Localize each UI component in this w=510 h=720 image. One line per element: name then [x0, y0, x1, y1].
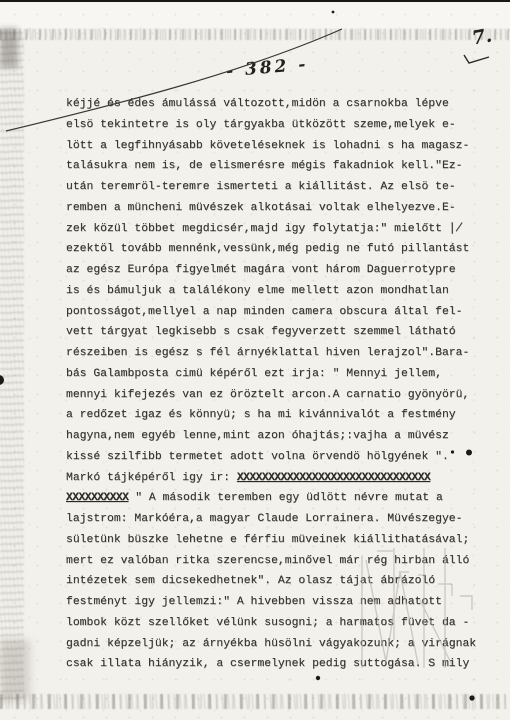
text-segment: talásukra nem is, de elismerésre mégis f…	[66, 160, 462, 172]
text-line: után teremröl-teremre ismerteti a kiálli…	[66, 177, 482, 198]
text-line: festményt igy jellemzi:" A hivebben viss…	[66, 592, 482, 613]
typed-over-strikeout: XXXXXXXXXX	[66, 492, 128, 504]
text-segment: lombok közt szellőket vélünk susogni; a …	[66, 617, 469, 629]
text-segment: mert ez valóban ritka szerencse,minővel …	[66, 555, 469, 567]
text-segment: " A második teremben egy üdlött névre mu…	[128, 492, 442, 504]
scan-blotch-top-left	[0, 28, 18, 68]
text-line: remben a müncheni müvészek alkotásai vol…	[66, 198, 482, 219]
handwritten-page-number: - 382 -	[225, 54, 309, 81]
text-line: Markó tájképéről igy ir: XXXXXXXXXXXXXXX…	[66, 468, 482, 489]
scan-noise-bottom-band	[0, 694, 510, 709]
text-line: gadni képzeljük; az árnyékba hüsölni vág…	[66, 634, 482, 655]
text-line: részeiben is egész s fél árnyéklattal hi…	[66, 343, 482, 364]
text-segment: is és bámuljuk a találékony elme mellett…	[66, 285, 449, 297]
text-line: mert ez valóban ritka szerencse,minővel …	[66, 551, 482, 572]
scanned-typescript-page: 7. - 382 - kéjjé és édes ámulássá változ…	[0, 0, 510, 720]
text-segment: intézetek sem dicsekedhetnek". Az olasz …	[66, 575, 435, 587]
text-line: lajstrom: Markóéra,a magyar Claude Lorra…	[66, 509, 482, 530]
scan-noise-left-edge	[0, 32, 24, 704]
text-line: ezektöl tovább mennénk,vessünk,még pedig…	[66, 239, 482, 260]
text-line: intézetek sem dicsekedhetnek". Az olasz …	[66, 571, 482, 592]
text-segment: csak illata hiányzik, a csermelynek pedi…	[66, 658, 469, 670]
scan-top-margin	[0, 2, 510, 28]
text-line: kissé szilfibb termetet adott volna örve…	[66, 447, 482, 468]
text-line: elsö tekintetre is oly tárgyakba ütközöt…	[66, 115, 482, 136]
text-segment: a redőzet igaz és könnyü; s ha mi kivánn…	[66, 409, 456, 421]
text-line: a redőzet igaz és könnyü; s ha mi kivánn…	[66, 405, 482, 426]
text-segment: zek közül többet megdicsér,majd igy foly…	[66, 223, 463, 235]
text-line: pontosságot,mellyel a nap minden camera …	[66, 302, 482, 323]
text-segment: pontosságot,mellyel a nap minden camera …	[66, 306, 462, 318]
scan-noise-top-band	[0, 29, 510, 40]
text-segment: remben a müncheni müvészek alkotásai vol…	[66, 202, 456, 214]
text-line: lombok közt szellőket vélünk susogni; a …	[66, 613, 482, 634]
text-line: mennyi kifejezés van ez öröztelt arcon.A…	[66, 385, 482, 406]
handwritten-corner-index: 7.	[470, 24, 493, 49]
text-line: kéjjé és édes ámulássá változott,midön a…	[66, 94, 482, 115]
corner-tick-mark	[464, 55, 489, 63]
text-segment: lajstrom: Markóéra,a magyar Claude Lorra…	[66, 513, 462, 525]
text-segment: festményt igy jellemzi:" A hivebben viss…	[66, 596, 442, 608]
text-line: csak illata hiányzik, a csermelynek pedi…	[66, 654, 482, 675]
text-segment: hagyna,nem egyéb lenne,mint azon óhajtás…	[66, 430, 449, 442]
text-line: zek közül többet megdicsér,majd igy foly…	[66, 219, 482, 240]
text-segment: részeiben is egész s fél árnyéklattal hi…	[66, 347, 469, 359]
scan-blotch-bottom-left	[0, 640, 30, 700]
text-segment: ezektöl tovább mennénk,vessünk,még pedig…	[66, 243, 469, 255]
text-segment: gadni képzeljük; az árnyékba hüsölni vág…	[66, 638, 476, 650]
text-segment: kissé szilfibb termetet adott volna örve…	[66, 451, 449, 463]
text-segment: vett tárgyat legkisebb s csak fegyverzet…	[66, 326, 456, 338]
text-line: is és bámuljuk a találékony elme mellett…	[66, 281, 482, 302]
text-segment: lött a legfihnyásabb követeléseknek is l…	[66, 140, 469, 152]
text-line: vett tárgyat legkisebb s csak fegyverzet…	[66, 322, 482, 343]
text-line: bás Galambposta cimü képéről ezt irja: "…	[66, 364, 482, 385]
text-segment: Markó tájképéről igy ir:	[66, 472, 237, 484]
text-line: XXXXXXXXXX " A második teremben egy üdlö…	[66, 488, 482, 509]
text-segment: mennyi kifejezés van ez öröztelt arcon.A…	[66, 389, 469, 401]
text-line: talásukra nem is, de elismerésre mégis f…	[66, 156, 482, 177]
text-segment: bás Galambposta cimü képéről ezt irja: "…	[66, 368, 442, 380]
text-line: lött a legfihnyásabb követeléseknek is l…	[66, 136, 482, 157]
text-line: az egész Európa figyelmét magára vont há…	[66, 260, 482, 281]
text-segment: az egész Európa figyelmét magára vont há…	[66, 264, 456, 276]
text-segment: elsö tekintetre is oly tárgyakba ütközöt…	[66, 119, 456, 131]
typewritten-text-block: kéjjé és édes ámulássá változott,midön a…	[66, 94, 482, 675]
text-segment: után teremröl-teremre ismerteti a kiálli…	[66, 181, 456, 193]
text-segment: sületünk büszke lehetne e férfiu müveine…	[66, 534, 469, 546]
text-line: sületünk büszke lehetne e férfiu müveine…	[66, 530, 482, 551]
text-segment: kéjjé és édes ámulássá változott,midön a…	[66, 98, 449, 110]
typed-over-strikeout: XXXXXXXXXXXXXXXXXXXXXXXXXXXXXXX	[237, 472, 430, 484]
text-line: hagyna,nem egyéb lenne,mint azon óhajtás…	[66, 426, 482, 447]
